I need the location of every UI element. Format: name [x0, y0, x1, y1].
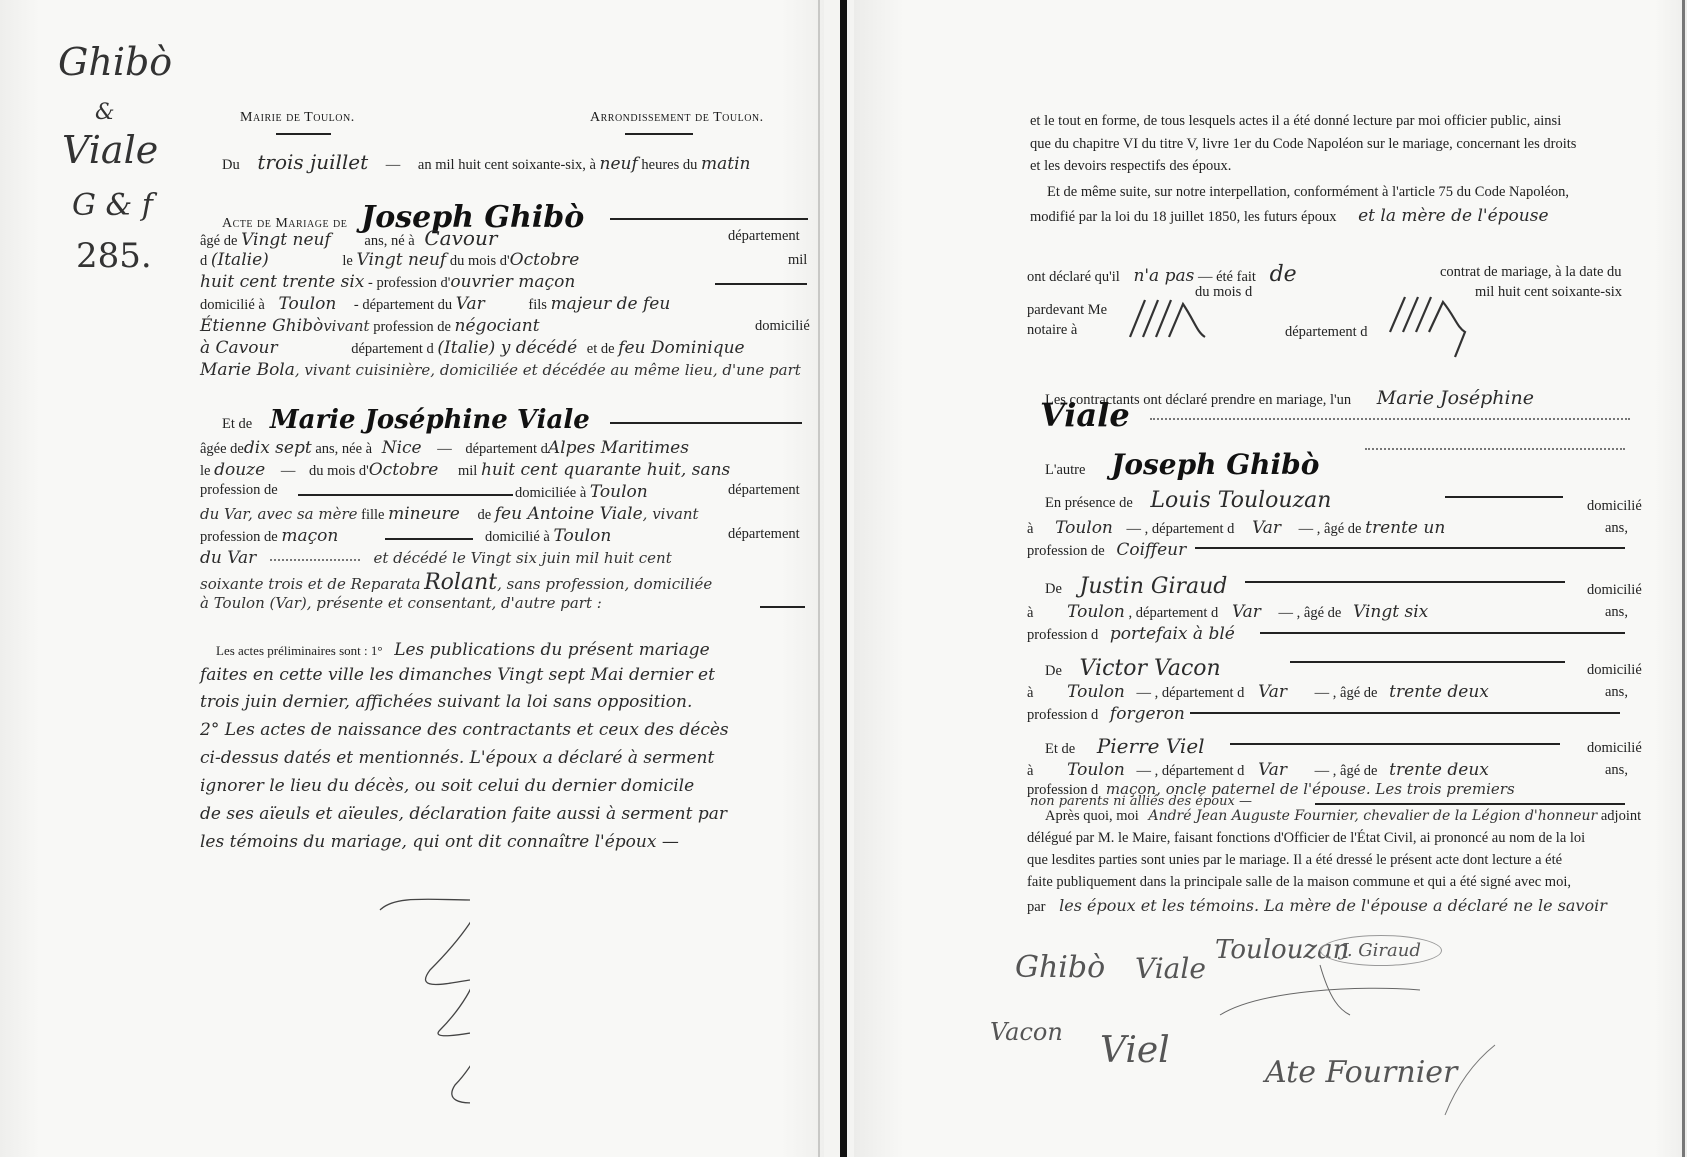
preliminaries-line: 2° Les actes de naissance des contractan… [200, 720, 729, 740]
witness-3-domicile-line: à Toulon — , département d Var — , âgé d… [1027, 682, 1489, 702]
witness-1-dept: Var [1252, 518, 1281, 538]
preliminaries-line: de ses aïeuls et aïeules, déclaration fa… [200, 804, 727, 824]
witness-3-profession: forgeron [1110, 704, 1185, 724]
age-label: âgée de [200, 441, 244, 457]
closing-line: délégué par M. le Maire, faisant fonctio… [1027, 830, 1585, 847]
signature-officer: Ate Fournier [1265, 1055, 1457, 1090]
domicile-label: domicilié [1587, 662, 1642, 679]
age-label: , âgé de [1333, 763, 1378, 779]
age-label: , âgé de [1333, 685, 1378, 701]
bride-birthplace: Nice [382, 438, 422, 458]
le-label: le [342, 253, 352, 269]
groom-domicile: Toulon [278, 294, 336, 314]
ans-label: ans, [1605, 604, 1628, 621]
age-label: , âgé de [1297, 605, 1342, 621]
bride-age: dix sept [244, 438, 312, 458]
profession-label: profession d' [376, 275, 450, 291]
margin-marks: G & f [72, 188, 153, 223]
groom-father-line: Étienne Ghibòvivant profession de négoci… [200, 316, 540, 336]
bride-domicile: Toulon [590, 482, 648, 502]
groom-dept: (Italie) [211, 250, 269, 270]
signature-flourish-2 [1440, 1040, 1500, 1120]
witness-4-name: Pierre Viel [1097, 734, 1205, 758]
witness-3-name: Victor Vacon [1080, 656, 1221, 681]
witness-1-age: trente un [1365, 518, 1445, 538]
father-domicile-label: domicilié à [485, 529, 550, 545]
bride-birth-month: Octobre [369, 460, 439, 480]
bride-birth-line: le douze — du mois d'Octobre mil huit ce… [200, 460, 730, 480]
margin-groom-surname: Ghibò [58, 40, 172, 84]
dept-label: département [728, 526, 800, 543]
witness-3-line: De Victor Vacon [1045, 656, 1221, 681]
witness-intro: Et de [1045, 741, 1075, 757]
father-domicile-label: domicilié [755, 318, 810, 335]
le-label: le [200, 463, 210, 479]
declared-label: ont déclaré qu'il [1027, 269, 1120, 285]
witness-2-domicile: Toulon [1067, 602, 1125, 622]
contractants-other-line: L'autre Joseph Ghibò [1045, 448, 1319, 481]
witness-rule [1445, 496, 1563, 498]
witness-2-age: Vingt six [1353, 602, 1428, 622]
preliminaries-line: les témoins du mariage, qui ont dit conn… [200, 832, 679, 852]
closing-par-line: par les époux et les témoins. La mère de… [1027, 896, 1607, 916]
dept-label: , département d [1129, 605, 1219, 621]
bride-birth-year: huit cent quarante huit, sans [481, 460, 730, 480]
bride-father-death: et décédé le Vingt six juin mil huit cen… [373, 549, 671, 567]
groom-birth-day: Vingt neuf [356, 250, 446, 270]
closing-squiggle [370, 880, 470, 1110]
domicile-label: domicilié [1587, 498, 1642, 515]
groom-son-text: majeur de feu [551, 294, 671, 314]
interpellation-line-2: modifié par la loi du 18 juillet 1850, l… [1030, 206, 1549, 226]
witness-1-name: Louis Toulouzan [1150, 488, 1331, 513]
father-profession-label: profession de [200, 529, 278, 545]
witness-1-domicile: Toulon [1055, 518, 1113, 538]
notaire-label: notaire à [1027, 322, 1077, 339]
witness-4-line: Et de Pierre Viel [1045, 734, 1205, 758]
witness-rule [1190, 712, 1620, 714]
groom-birthplace: Cavour [424, 226, 497, 250]
interpellation-text: modifié par la loi du 18 juillet 1850, l… [1030, 209, 1336, 225]
bride-father-dept: du Var [200, 548, 256, 568]
born-label: ans, né à [364, 233, 414, 249]
intro-line: et le tout en forme, de tous lesquels ac… [1030, 113, 1561, 130]
header-rule-left [276, 133, 331, 135]
domicile-label: domicilié [1587, 582, 1642, 599]
witness-3-age: trente deux [1389, 682, 1489, 702]
declared-hand: n'a pas [1133, 266, 1194, 286]
mil-label: mil [788, 252, 807, 269]
contractant-one: Marie Joséphine [1377, 387, 1534, 409]
closing-line: que lesdites parties sont unies par le m… [1027, 852, 1562, 869]
groom-mother-line: Marie Bola, vivant cuisinière, domicilié… [200, 360, 801, 380]
bride-name-rule [610, 422, 802, 424]
contract-line: ont déclaré qu'il n'a pas — été fait de [1027, 262, 1297, 287]
father-living: vivant [323, 317, 369, 335]
bride-age-line: âgée dedix sept ans, née à Nice — départ… [200, 438, 689, 458]
preliminaries-line: Les publications du présent mariage [394, 640, 709, 660]
bride-birth-day: douze [214, 460, 265, 480]
groom-domicile-dept: Var [456, 294, 485, 314]
witness-rule [1245, 581, 1565, 583]
interpellation-hand: et la mère de l'épouse [1358, 206, 1548, 226]
father-profession-label: profession de [373, 319, 451, 335]
domicile-label: domicilié à [200, 297, 265, 313]
witness-2-dept: Var [1232, 602, 1261, 622]
fill-line [1150, 408, 1630, 420]
signature-viel: Viel [1100, 1030, 1170, 1071]
profession-label: profession d [1027, 627, 1098, 643]
witness-rule [1260, 632, 1625, 634]
bride-father-profession-line: profession de maçon [200, 526, 338, 546]
contractant-other: Joseph Ghibò [1111, 448, 1319, 481]
dept-label: département d [465, 441, 548, 457]
witness-rule [1195, 547, 1625, 549]
intro-line: que du chapitre VI du titre V, livre 1er… [1030, 136, 1576, 153]
bride-end-rule [760, 606, 805, 608]
pardevant-label: pardevant Me [1027, 302, 1107, 319]
page-edge [818, 0, 820, 1157]
bride-domicile-line: domiciliée à Toulon [515, 482, 648, 502]
witness-3-domicile: Toulon [1067, 682, 1125, 702]
witness-2-line: De Justin Giraud [1045, 574, 1227, 599]
bride-dept: Alpes Maritimes [548, 438, 689, 458]
preliminaries-label: Les actes préliminaires sont : 1° [216, 643, 383, 658]
witness-4-domicile: Toulon [1067, 760, 1125, 780]
officer-name: André Jean Auguste Fournier, chevalier d… [1148, 808, 1597, 824]
header-arrondissement: Arrondissement de Toulon. [590, 110, 764, 126]
witness-1-profession-line: profession de Coiffeur [1027, 540, 1186, 560]
witness-intro: De [1045, 581, 1062, 597]
contractant-one-surname: Viale [1040, 396, 1130, 434]
groom-father-dept: (Italie) y décédé [437, 338, 577, 358]
other-label: L'autre [1045, 462, 1085, 478]
contract-label: contrat de mariage, à la date du [1440, 264, 1622, 281]
bride-daughter-text: mineure [388, 504, 460, 524]
dept-label: département [728, 228, 800, 245]
witness-rule [1315, 803, 1625, 805]
fait-label: été fait [1216, 269, 1256, 285]
witness-1-profession: Coiffeur [1116, 540, 1186, 560]
groom-birth-year: huit cent trente six [200, 272, 364, 292]
bride-father-profession-rule [385, 538, 473, 540]
groom-domicile-line: domicilié à Toulon - département du Var … [200, 294, 670, 314]
bride-profession-label: profession de [200, 482, 278, 499]
father-living: , vivant [643, 505, 699, 523]
bride-label: Et de [222, 416, 252, 432]
bride-father-death-line: du Var et décédé le Vingt six juin mil h… [200, 548, 672, 568]
mil-label: mil [458, 463, 477, 479]
intro-line: et les devoirs respectifs des époux. [1030, 158, 1231, 175]
bride-line: Et de Marie Joséphine Viale [222, 405, 590, 435]
bride-parent-line: du Var, avec sa mère fille mineure de fe… [200, 504, 699, 524]
domicile-label: domicilié [1587, 740, 1642, 757]
groom-father-domicile: à Cavour [200, 338, 278, 358]
groom-age-line: âgé de Vingt neuf ans, né à Cavour [200, 226, 497, 250]
dept-label: département [728, 482, 800, 499]
apres-label: Après quoi, moi [1045, 808, 1139, 824]
witness-2-profession: portefaix à blé [1110, 624, 1235, 644]
fill-line [1365, 438, 1625, 450]
groom-father-domicile-line: à Cavour département d (Italie) y décédé… [200, 338, 745, 358]
bride-father-profession: maçon [281, 526, 338, 546]
groom-father: Étienne Ghibò [200, 316, 323, 336]
month-label: du mois d' [450, 253, 510, 269]
preliminaries-line: faites en cette ville les dimanches Ving… [200, 665, 715, 685]
witness-intro: En présence de [1045, 495, 1133, 511]
profession-label: profession de [1027, 543, 1105, 559]
page-edge-right [1682, 0, 1685, 1157]
margin-conjunction: & [95, 100, 115, 125]
book-gutter [840, 0, 847, 1157]
dept-label: , département d [1155, 763, 1245, 779]
bride-father-domicile-line: domicilié à Toulon [485, 526, 611, 546]
par-label: par [1027, 899, 1046, 915]
signature-groom: Ghibò [1015, 950, 1105, 985]
age-label: , âgé de [1317, 521, 1362, 537]
preliminaries-label-line: Les actes préliminaires sont : 1° Les pu… [216, 640, 710, 660]
dept-label: , département d [1155, 685, 1245, 701]
bride-father: feu Antoine Viale [495, 504, 643, 524]
preliminaries-line: ci-dessus datés et mentionnés. L'époux a… [200, 748, 714, 768]
adjoint-label: adjoint [1601, 808, 1641, 824]
date-hour: neuf [600, 154, 638, 174]
witness-4-profession-2: non parents ni alliés des époux — [1030, 794, 1252, 809]
witness-4-domicile-line: à Toulon — , département d Var — , âgé d… [1027, 760, 1489, 780]
bride-name: Marie Joséphine Viale [270, 405, 590, 435]
strike-dept [1385, 292, 1495, 362]
witness-4-age: trente deux [1389, 760, 1489, 780]
preliminaries-line: trois juin dernier, affichées suivant la… [200, 692, 692, 712]
signature-flourish [1200, 960, 1430, 1020]
bride-mother-line-2: à Toulon (Var), présente et consentant, … [200, 594, 602, 613]
bride-profession-rule [298, 494, 513, 496]
domicile-dept-label: département du [362, 297, 452, 313]
witness-rule [1230, 743, 1560, 745]
witness-1-domicile-line: à Toulon — , département d Var — , âgé d… [1027, 518, 1445, 538]
mother-label: et de [587, 341, 615, 357]
bride-mother-note: , sans profession, domiciliée [497, 575, 712, 593]
born-label: ans, née à [315, 441, 372, 457]
witness-rule [1290, 661, 1565, 663]
groom-profession-rule [715, 283, 807, 285]
groom-year-line: huit cent trente six - profession d'ouvr… [200, 272, 575, 292]
dept-label: , département d [1145, 521, 1235, 537]
groom-name-rule [610, 218, 808, 220]
bride-father-domicile: Toulon [553, 526, 611, 546]
witness-3-dept: Var [1258, 682, 1287, 702]
signature-vacon: Vacon [990, 1018, 1063, 1046]
witness-2-name: Justin Giraud [1080, 574, 1228, 599]
ans-label: ans, [1605, 684, 1628, 701]
ans-label: ans, [1605, 762, 1628, 779]
closing-line: faite publiquement dans la principale sa… [1027, 874, 1571, 891]
bride-mother-line: soixante trois et de Reparata Rolant, sa… [200, 570, 712, 595]
interpellation-line: Et de même suite, sur notre interpellati… [1047, 184, 1569, 201]
par-hand: les époux et les témoins. La mère de l'é… [1059, 896, 1607, 915]
margin-act-number: 285. [76, 236, 152, 276]
age-label: âgé de [200, 233, 237, 249]
groom-birth-month: Octobre [510, 250, 580, 270]
header-rule-right [625, 133, 693, 135]
contract-year-label: mil huit cent soixante-six [1475, 284, 1622, 301]
witness-intro: De [1045, 663, 1062, 679]
date-line: Du trois juillet — an mil huit cent soix… [222, 150, 751, 174]
witness-2-domicile-line: à Toulon , département d Var — , âgé de … [1027, 602, 1428, 622]
date-day-month: trois juillet [257, 150, 368, 174]
month-label: du mois d' [309, 463, 369, 479]
margin-bride-surname: Viale [62, 128, 158, 172]
profession-label: profession d [1027, 707, 1098, 723]
strike-notaire [1125, 292, 1235, 347]
daughter-label: fille [361, 507, 384, 523]
header-mairie: Mairie de Toulon. [240, 110, 355, 126]
label-du: Du [222, 157, 240, 173]
groom-mother-intro: feu Dominique [618, 338, 744, 358]
hour-label: heures du [641, 157, 697, 173]
son-label: fils [528, 297, 547, 313]
domicile-label: domiciliée à [515, 485, 586, 501]
groom-age: Vingt neuf [241, 230, 331, 250]
closing-officer-line: Après quoi, moi André Jean Auguste Fourn… [1045, 808, 1641, 825]
groom-profession: ouvrier maçon [450, 272, 575, 292]
witness-4-dept: Var [1258, 760, 1287, 780]
signature-bride: Viale [1135, 952, 1206, 985]
groom-birth-line: d (Italie) le Vingt neuf du mois d'Octob… [200, 250, 579, 270]
bride-mother-note-2: à Toulon (Var), présente et consentant, … [200, 594, 602, 612]
ans-label: ans, [1605, 520, 1628, 537]
father-label: de [477, 507, 491, 523]
contract-dept-label: département d [1285, 324, 1368, 341]
date-year-text: an mil huit cent soixante-six, à [418, 157, 596, 173]
groom-mother-name: Marie Bola [200, 360, 295, 380]
dept-prefix: d [200, 253, 207, 269]
bride-father-death-2: soixante trois et de Reparata [200, 575, 420, 593]
preliminaries-line: ignorer le lieu du décès, ou soit celui … [200, 776, 694, 796]
fait-hand: de [1270, 262, 1297, 287]
witness-2-profession-line: profession d portefaix à blé [1027, 624, 1235, 644]
bride-domicile-dept: du Var, avec sa mère [200, 505, 358, 523]
witness-1-line: En présence de Louis Toulouzan [1045, 488, 1331, 513]
witness-3-profession-line: profession d forgeron [1027, 704, 1185, 724]
groom-mother-note: , vivant cuisinière, domiciliée et décéd… [295, 361, 801, 379]
date-period: matin [701, 154, 750, 174]
father-dept-label: département d [351, 341, 434, 357]
groom-father-profession: négociant [455, 316, 540, 336]
bride-mother-name: Rolant [424, 570, 497, 595]
